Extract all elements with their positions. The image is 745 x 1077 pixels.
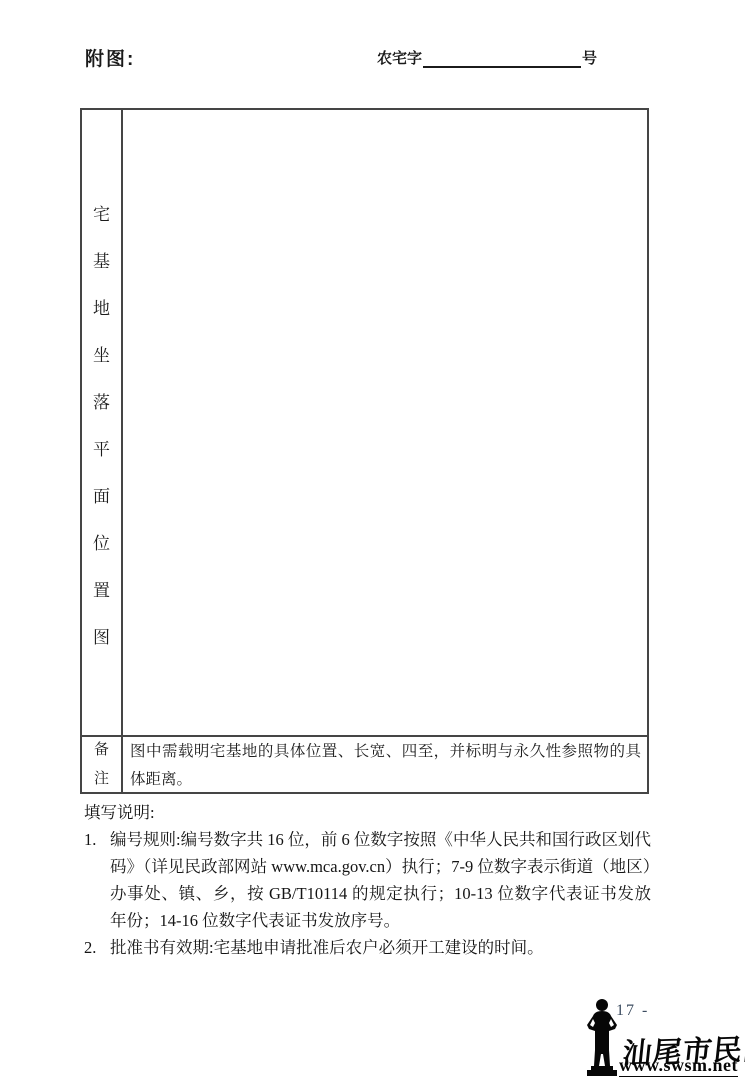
- instruction-item-2: 2. 批准书有效期:宅基地申请批准后农户必须开工建设的时间。: [84, 934, 651, 961]
- homestead-plan-table: 宅 基 地 坐 落 平 面 位 置 图 备 注 图中需载明宅基地的具体位置、长宽…: [80, 108, 649, 794]
- person-silhouette-icon: [581, 998, 623, 1077]
- instruction-item-text: 编号规则:编号数字共 16 位，前 6 位数字按照《中华人民共和国行政区划代码》…: [110, 826, 651, 934]
- attachment-figure-label: 附图:: [85, 44, 135, 71]
- filling-instructions: 填写说明: 1. 编号规则:编号数字共 16 位，前 6 位数字按照《中华人民共…: [84, 799, 651, 961]
- remarks-label-char: 备: [94, 736, 109, 765]
- remarks-text: 图中需载明宅基地的具体位置、长宽、四至，并标明与永久性参照物的具体距离。: [123, 735, 647, 792]
- side-label-plan-title: 宅 基 地 坐 落 平 面 位 置 图: [82, 110, 123, 735]
- side-label-char: 宅: [93, 200, 110, 225]
- side-label-char: 坐: [93, 341, 110, 366]
- instruction-item-text: 批准书有效期:宅基地申请批准后农户必须开工建设的时间。: [110, 934, 651, 961]
- plan-drawing-area: [123, 110, 647, 735]
- remarks-label-char: 注: [94, 765, 109, 794]
- side-label-char: 置: [93, 576, 110, 601]
- side-label-char: 基: [93, 247, 110, 272]
- instruction-item-1: 1. 编号规则:编号数字共 16 位，前 6 位数字按照《中华人民共和国行政区划…: [84, 826, 651, 934]
- side-label-char: 平: [93, 435, 110, 460]
- side-label-char: 位: [93, 529, 110, 554]
- instructions-heading: 填写说明:: [84, 799, 651, 826]
- watermark-site-url: www.swsm.net: [619, 1055, 738, 1077]
- side-label-char: 图: [93, 623, 110, 648]
- instruction-item-number: 1.: [84, 826, 110, 934]
- remarks-label: 备 注: [82, 735, 123, 792]
- instruction-item-number: 2.: [84, 934, 110, 961]
- side-label-char: 面: [93, 482, 110, 507]
- document-number-line: 农宅字号: [377, 47, 597, 68]
- doc-number-prefix: 农宅字: [377, 47, 422, 68]
- doc-number-suffix: 号: [582, 47, 597, 68]
- side-label-char: 地: [93, 294, 110, 319]
- doc-number-blank-line: [423, 51, 581, 68]
- side-label-char: 落: [93, 388, 110, 413]
